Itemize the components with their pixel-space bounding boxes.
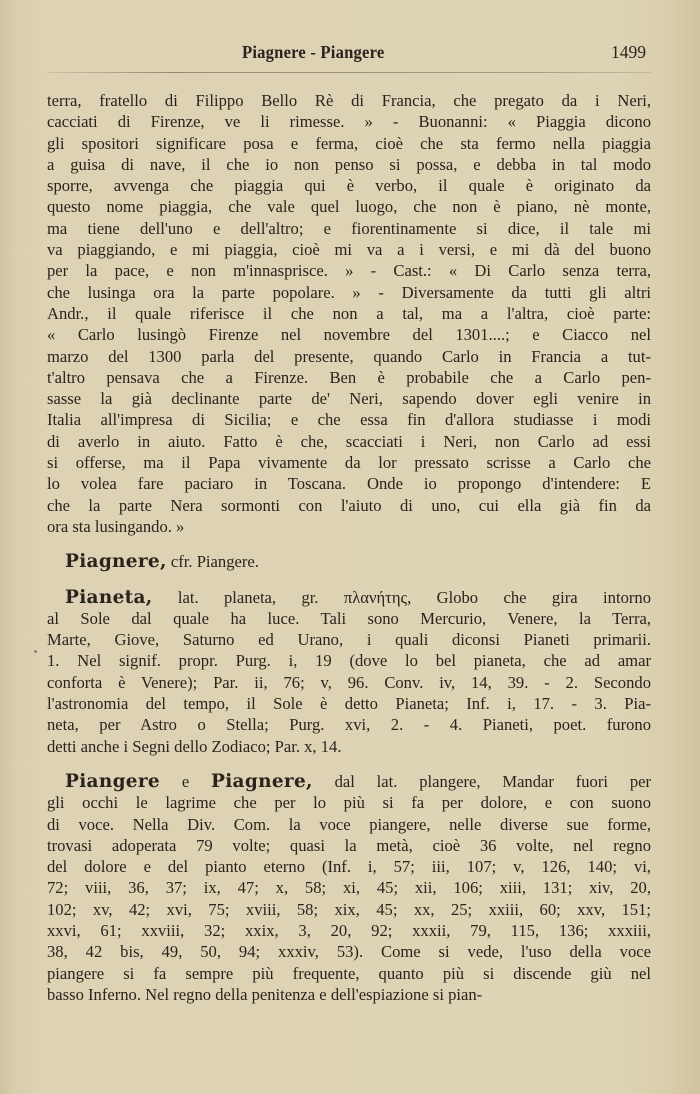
entry-pianeta: Pianeta, lat. planeta, gr. πλανήτης, Glo… [47, 587, 651, 757]
text-line: Pianeta, lat. planeta, gr. πλανήτης, Glo… [47, 587, 651, 608]
text-line: al Sole dal quale ha luce. Tali sono Mer… [47, 608, 651, 629]
headword-variant: Piagnere, [211, 771, 313, 792]
text-line: detti anche i Segni dello Zodiaco; Par. … [47, 736, 651, 757]
text-line: cacciati di Firenze, ve li rimesse. » - … [47, 111, 651, 132]
text-line: trovasi adoperata 79 volte; quasi la met… [47, 835, 651, 856]
page-number: 1499 [611, 42, 646, 63]
text-line: terra, fratello di Filippo Bello Rè di F… [47, 90, 651, 111]
margin-speck [34, 650, 37, 653]
text-line: 1. Nel signif. propr. Purg. i, 19 (dove … [47, 650, 651, 671]
text-line: che lusinga ora la parte popolare. » - D… [47, 282, 651, 303]
running-header: Piagnere - Piangere 1499 [47, 40, 651, 70]
headword: Piagnere, [65, 551, 167, 572]
text-line: si offerse, ma il Papa vivamente da lor … [47, 452, 651, 473]
text-line: del dolore e del pianto eterno (Inf. i, … [47, 856, 651, 877]
headword: Piangere [65, 771, 160, 792]
entry-piagnere: Piagnere, cfr. Piangere. [47, 551, 651, 572]
text-line: piangere si fa sempre più frequente, qua… [47, 963, 651, 984]
text-line: Piagnere, cfr. Piangere. [47, 551, 651, 572]
text-line: a guisa di nave, il che io non penso si … [47, 154, 651, 175]
text-line: 102; xv, 42; xvi, 75; xviii, 58; xix, 45… [47, 899, 651, 920]
entry-text: dal lat. plangere, Mandar fuori per [313, 772, 651, 791]
text-line: marzo del 1300 parla del presente, quand… [47, 346, 651, 367]
text-line: di averlo in aiuto. Fatto è che, scaccia… [47, 431, 651, 452]
text-line: conforta è Venere); Par. ii, 76; v, 96. … [47, 672, 651, 693]
text-line: neta, per Astro o Stella; Purg. xvi, 2. … [47, 714, 651, 735]
text-line: ora sta lusingando. » [47, 516, 651, 537]
text-line: Italia all'impresa di Sicilia; e che ess… [47, 409, 651, 430]
text-line: t'altro pensava che a Firenze. Ben è pro… [47, 367, 651, 388]
text-line: 38, 42 bis, 49, 50, 94; xxxiv, 53). Come… [47, 941, 651, 962]
body-text: terra, fratello di Filippo Bello Rè di F… [47, 90, 651, 1005]
text-line: lo volea fare paciaro in Toscana. Onde i… [47, 473, 651, 494]
text-line: gli spositori significare posa e ferma, … [47, 133, 651, 154]
text-line: xxvi, 61; xxviii, 32; xxix, 3, 20, 92; x… [47, 920, 651, 941]
continuation-paragraph: terra, fratello di Filippo Bello Rè di F… [47, 90, 651, 537]
entry-text: lat. planeta, gr. πλανήτης, Globo che gi… [153, 588, 651, 607]
text-line: l'astronomia del tempo, il Sole è detto … [47, 693, 651, 714]
text-line: « Carlo lusingò Firenze nel novembre del… [47, 324, 651, 345]
header-rule [47, 72, 651, 73]
headword: Pianeta, [65, 587, 153, 608]
text-line: basso Inferno. Nel regno della penitenza… [47, 984, 651, 1005]
text-line: sasse la già declinante parte de' Neri, … [47, 388, 651, 409]
text-line: per la pace, e non m'innasprisce. » - Ca… [47, 260, 651, 281]
text-line: questo nome piaggia, che vale quel luogo… [47, 196, 651, 217]
text-line: 72; viii, 36, 37; ix, 47; x, 58; xi, 45;… [47, 877, 651, 898]
text-line: ma tiene dell'uno e dell'altro; e fioren… [47, 218, 651, 239]
running-title: Piagnere - Piangere [242, 42, 384, 63]
entry-piangere: Piangere e Piagnere, dal lat. plangere, … [47, 771, 651, 1005]
text-line: Marte, Giove, Saturno ed Urano, i quali … [47, 629, 651, 650]
text-line: sporre, avvenga che piaggia qui è verbo,… [47, 175, 651, 196]
text-line: Andr., il quale riferisce il che non a t… [47, 303, 651, 324]
text-line: Piangere e Piagnere, dal lat. plangere, … [47, 771, 651, 792]
text-line: gli occhi le lagrime che per lo più si f… [47, 792, 651, 813]
text-line: che la parte Nera sormonti con l'aiuto d… [47, 495, 651, 516]
text-line: va piaggiando, e mi piaggia, cioè mi va … [47, 239, 651, 260]
entry-text: cfr. Piangere. [167, 552, 259, 571]
text-line: di voce. Nella Div. Com. la voce pianger… [47, 814, 651, 835]
